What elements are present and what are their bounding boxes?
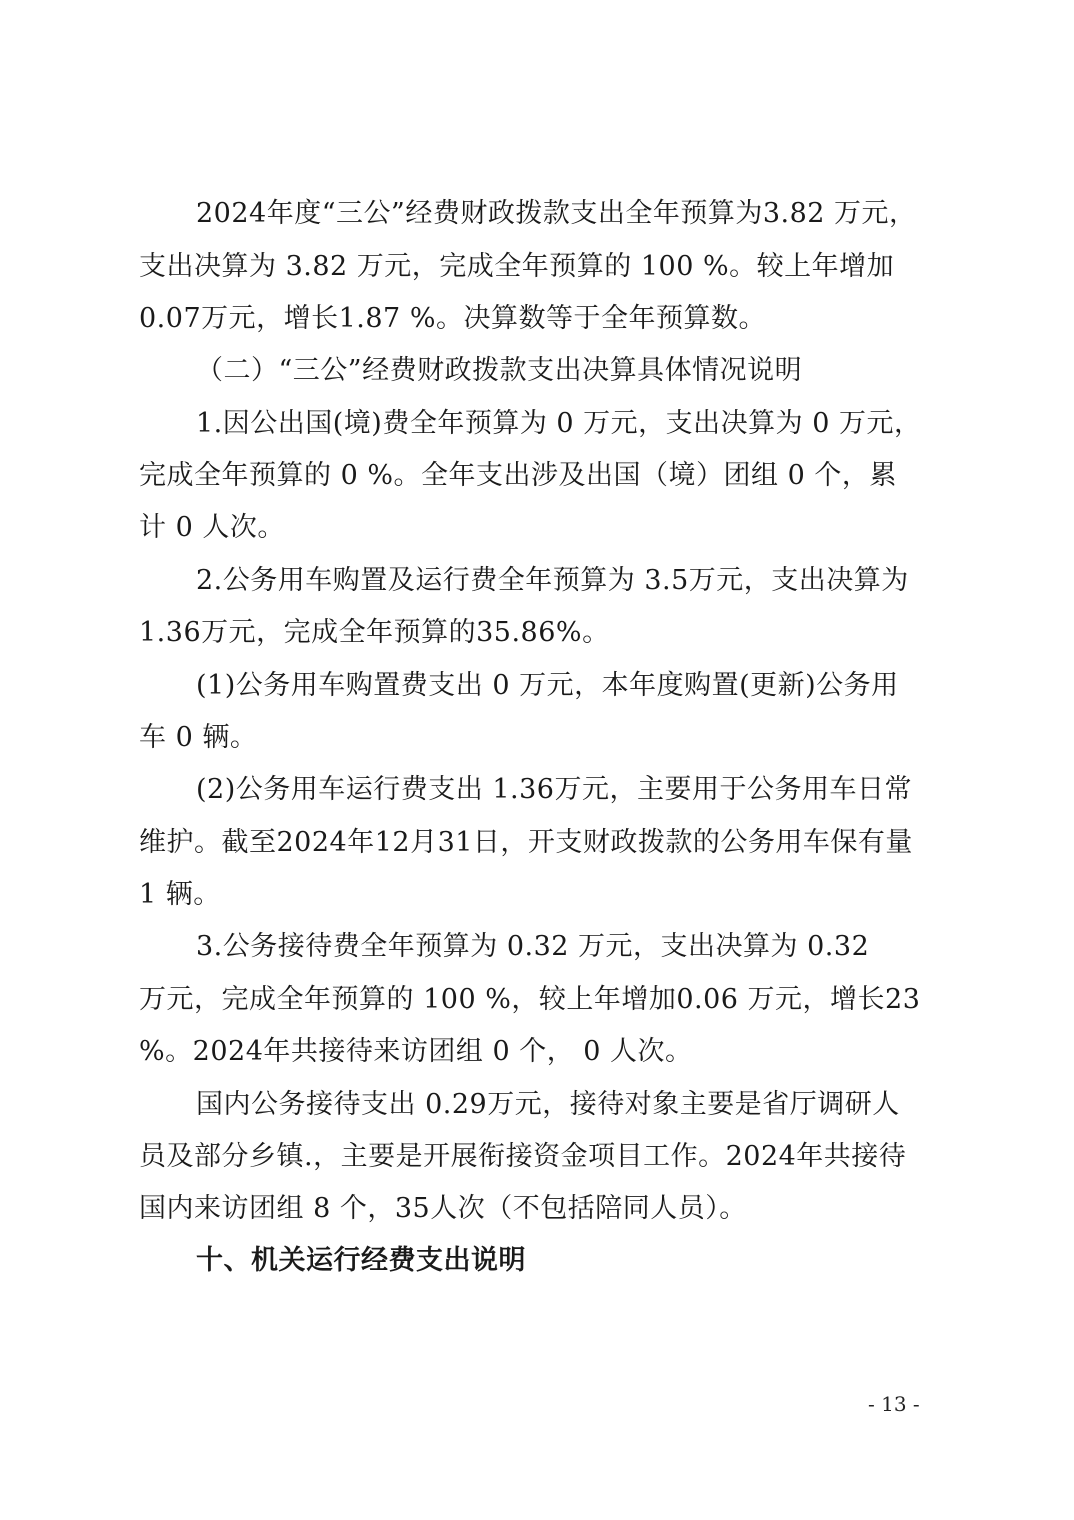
paragraph-line: 2.公务用车购置及运行费全年预算为 3.5万元，支出决算为	[196, 561, 909, 601]
paragraph-line: 3.公务接待费全年预算为 0.32 万元，支出决算为 0.32	[196, 927, 869, 967]
paragraph-line: 万元，完成全年预算的 100 %，较上年增加0.06 万元，增长23	[139, 980, 920, 1020]
subsection-heading: （二）“三公”经费财政拨款支出决算具体情况说明	[196, 351, 802, 391]
paragraph-line: 国内来访团组 8 个，35人次（不包括陪同人员）。	[139, 1189, 747, 1229]
paragraph-line: 车 0 辆。	[139, 718, 257, 758]
paragraph-line: 0.07万元，增长1.87 %。决算数等于全年预算数。	[139, 299, 766, 339]
section-heading: 十、机关运行经费支出说明	[196, 1241, 526, 1281]
paragraph-line: 2024年度“三公”经费财政拨款支出全年预算为3.82 万元，	[196, 194, 917, 234]
paragraph-line: 1.因公出国(境)费全年预算为 0 万元，支出决算为 0 万元，	[196, 404, 922, 444]
page-number: - 13 -	[868, 1390, 920, 1418]
paragraph-line: 1.36万元，完成全年预算的35.86%。	[139, 613, 610, 653]
paragraph-line: %。2024年共接待来访团组 0 个， 0 人次。	[139, 1032, 693, 1072]
document-page: 2024年度“三公”经费财政拨款支出全年预算为3.82 万元， 支出决算为 3.…	[0, 0, 1074, 1520]
paragraph-line: 支出决算为 3.82 万元，完成全年预算的 100 %。较上年增加	[139, 247, 894, 287]
paragraph-line: 计 0 人次。	[139, 508, 285, 548]
paragraph-line: (1)公务用车购置费支出 0 万元，本年度购置(更新)公务用	[196, 666, 899, 706]
paragraph-line: (2)公务用车运行费支出 1.36万元，主要用于公务用车日常	[196, 770, 912, 810]
paragraph-line: 完成全年预算的 0 %。全年支出涉及出国（境）团组 0 个，累	[139, 456, 897, 496]
paragraph-line: 1 辆。	[139, 875, 221, 915]
paragraph-line: 国内公务接待支出 0.29万元，接待对象主要是省厅调研人	[196, 1085, 900, 1125]
paragraph-line: 维护。截至2024年12月31日，开支财政拨款的公务用车保有量	[139, 823, 913, 863]
paragraph-line: 员及部分乡镇.，主要是开展衔接资金项目工作。2024年共接待	[139, 1137, 906, 1177]
